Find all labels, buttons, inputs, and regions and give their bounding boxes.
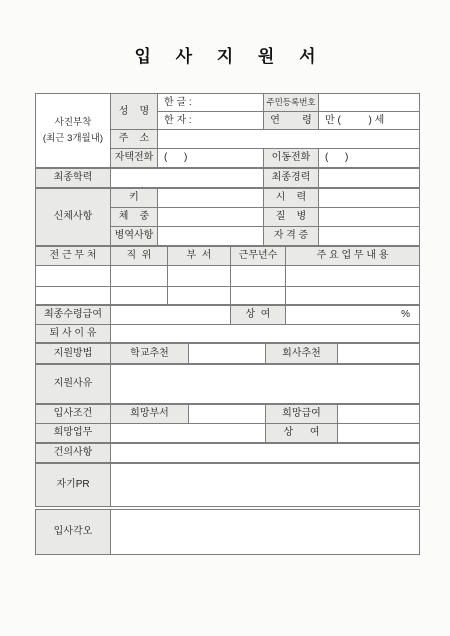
application-reason-section: 지원사유 [35, 364, 420, 404]
department-input-cell[interactable] [168, 287, 231, 305]
work-history-row [36, 287, 420, 305]
conditions-label: 입사조건 [36, 405, 111, 424]
salary-section: 최종수령급여 상 여 % 퇴 사 이 유 [35, 305, 420, 343]
rrn-input-cell[interactable] [319, 94, 420, 112]
application-method-section: 지원방법 학교추천 회사추천 [35, 343, 420, 364]
company-recommendation-label: 회사추천 [266, 344, 338, 364]
department-input-cell[interactable] [168, 266, 231, 287]
suggestion-label: 건의사항 [36, 444, 111, 463]
name-hangul-cell[interactable]: 한 글 : [158, 94, 264, 112]
desired-department-input-cell[interactable] [189, 405, 266, 424]
main-duties-input-cell[interactable] [286, 266, 420, 287]
eyesight-label: 시 력 [264, 189, 319, 208]
final-education-input-cell[interactable] [111, 169, 264, 188]
photo-attach-note: (최근 3개월내) [38, 131, 108, 146]
school-recommendation-label: 학교추천 [111, 344, 189, 364]
prev-workplace-header: 전 근 무 처 [36, 247, 111, 266]
desired-bonus-label: 상 여 [266, 424, 338, 443]
suggestion-input-cell[interactable] [111, 444, 420, 463]
final-career-label: 최종경력 [264, 169, 319, 188]
resign-reason-label: 퇴 사 이 유 [36, 325, 111, 343]
desired-department-label: 희망부서 [111, 405, 189, 424]
last-salary-input-cell[interactable] [111, 306, 231, 325]
main-duties-header: 주 요 업 무 내 용 [286, 247, 420, 266]
eyesight-input-cell[interactable] [319, 189, 420, 208]
self-pr-section: 자기PR [35, 463, 420, 507]
physical-section: 신체사항 키 시 력 체 중 질 병 병역사항 자 격 증 [35, 188, 420, 246]
application-form: 사진부착 (최근 3개월내) 성 명 한 글 : 주민등록번호 한 자 : 연 … [0, 93, 450, 555]
main-duties-input-cell[interactable] [286, 287, 420, 305]
photo-attach-label: 사진부착 [38, 115, 108, 130]
age-input-cell[interactable]: 만 ( ) 세 [319, 112, 420, 130]
photo-attach-box: 사진부착 (최근 3개월내) [36, 94, 111, 168]
suggestion-section: 건의사항 [35, 443, 420, 463]
service-years-input-cell[interactable] [231, 287, 286, 305]
desired-salary-label: 희망급여 [266, 405, 338, 424]
prev-workplace-input-cell[interactable] [36, 266, 111, 287]
school-recommendation-input-cell[interactable] [189, 344, 266, 364]
position-input-cell[interactable] [111, 266, 168, 287]
resolution-label: 입사각오 [36, 510, 111, 555]
disease-label: 질 병 [264, 208, 319, 227]
application-reason-input-cell[interactable] [111, 365, 420, 404]
desired-work-input-cell[interactable] [111, 424, 266, 443]
application-reason-label: 지원사유 [36, 365, 111, 404]
disease-input-cell[interactable] [319, 208, 420, 227]
prev-workplace-input-cell[interactable] [36, 287, 111, 305]
desired-salary-input-cell[interactable] [338, 405, 420, 424]
conditions-section: 입사조건 희망부서 희망급여 희망업무 상 여 [35, 404, 420, 443]
personal-info-section: 사진부착 (최근 3개월내) 성 명 한 글 : 주민등록번호 한 자 : 연 … [35, 93, 420, 168]
self-pr-input-cell[interactable] [111, 464, 420, 507]
address-label: 주 소 [111, 130, 158, 149]
mobile-phone-input-cell[interactable]: ( ) [319, 149, 420, 168]
military-input-cell[interactable] [158, 227, 264, 246]
position-header: 직 위 [111, 247, 168, 266]
self-pr-label: 자기PR [36, 464, 111, 507]
military-label: 병역사항 [111, 227, 158, 246]
resolution-input-cell[interactable] [111, 510, 420, 555]
work-history-section: 전 근 무 처 직 위 부 서 근무년수 주 요 업 무 내 용 [35, 246, 420, 305]
resign-reason-input-cell[interactable] [111, 325, 420, 343]
bonus-label: 상 여 [231, 306, 286, 325]
service-years-input-cell[interactable] [231, 266, 286, 287]
mobile-phone-label: 이동전화 [264, 149, 319, 168]
weight-input-cell[interactable] [158, 208, 264, 227]
home-phone-input-cell[interactable]: ( ) [158, 149, 264, 168]
height-label: 키 [111, 189, 158, 208]
age-label: 연 령 [264, 112, 319, 130]
final-education-label: 최종학력 [36, 169, 111, 188]
work-history-row [36, 266, 420, 287]
final-career-input-cell[interactable] [319, 169, 420, 188]
last-salary-label: 최종수령급여 [36, 306, 111, 325]
company-recommendation-input-cell[interactable] [338, 344, 420, 364]
bonus-input-cell[interactable]: % [286, 306, 420, 325]
service-years-header: 근무년수 [231, 247, 286, 266]
certificate-label: 자 격 증 [264, 227, 319, 246]
position-input-cell[interactable] [111, 287, 168, 305]
department-header: 부 서 [168, 247, 231, 266]
weight-label: 체 중 [111, 208, 158, 227]
certificate-input-cell[interactable] [319, 227, 420, 246]
rrn-label: 주민등록번호 [264, 94, 319, 112]
name-hanja-cell[interactable]: 한 자 : [158, 112, 264, 130]
desired-bonus-input-cell[interactable] [338, 424, 420, 443]
form-title: 입 사 지 원 서 [0, 42, 450, 67]
address-input-cell[interactable] [158, 130, 420, 149]
height-input-cell[interactable] [158, 189, 264, 208]
desired-work-label: 희망업무 [36, 424, 111, 443]
application-method-label: 지원방법 [36, 344, 111, 364]
home-phone-label: 자택전화 [111, 149, 158, 168]
name-label: 성 명 [111, 94, 158, 130]
resolution-section: 입사각오 [35, 509, 420, 555]
education-section: 최종학력 최종경력 [35, 168, 420, 188]
physical-section-label: 신체사항 [36, 189, 111, 246]
